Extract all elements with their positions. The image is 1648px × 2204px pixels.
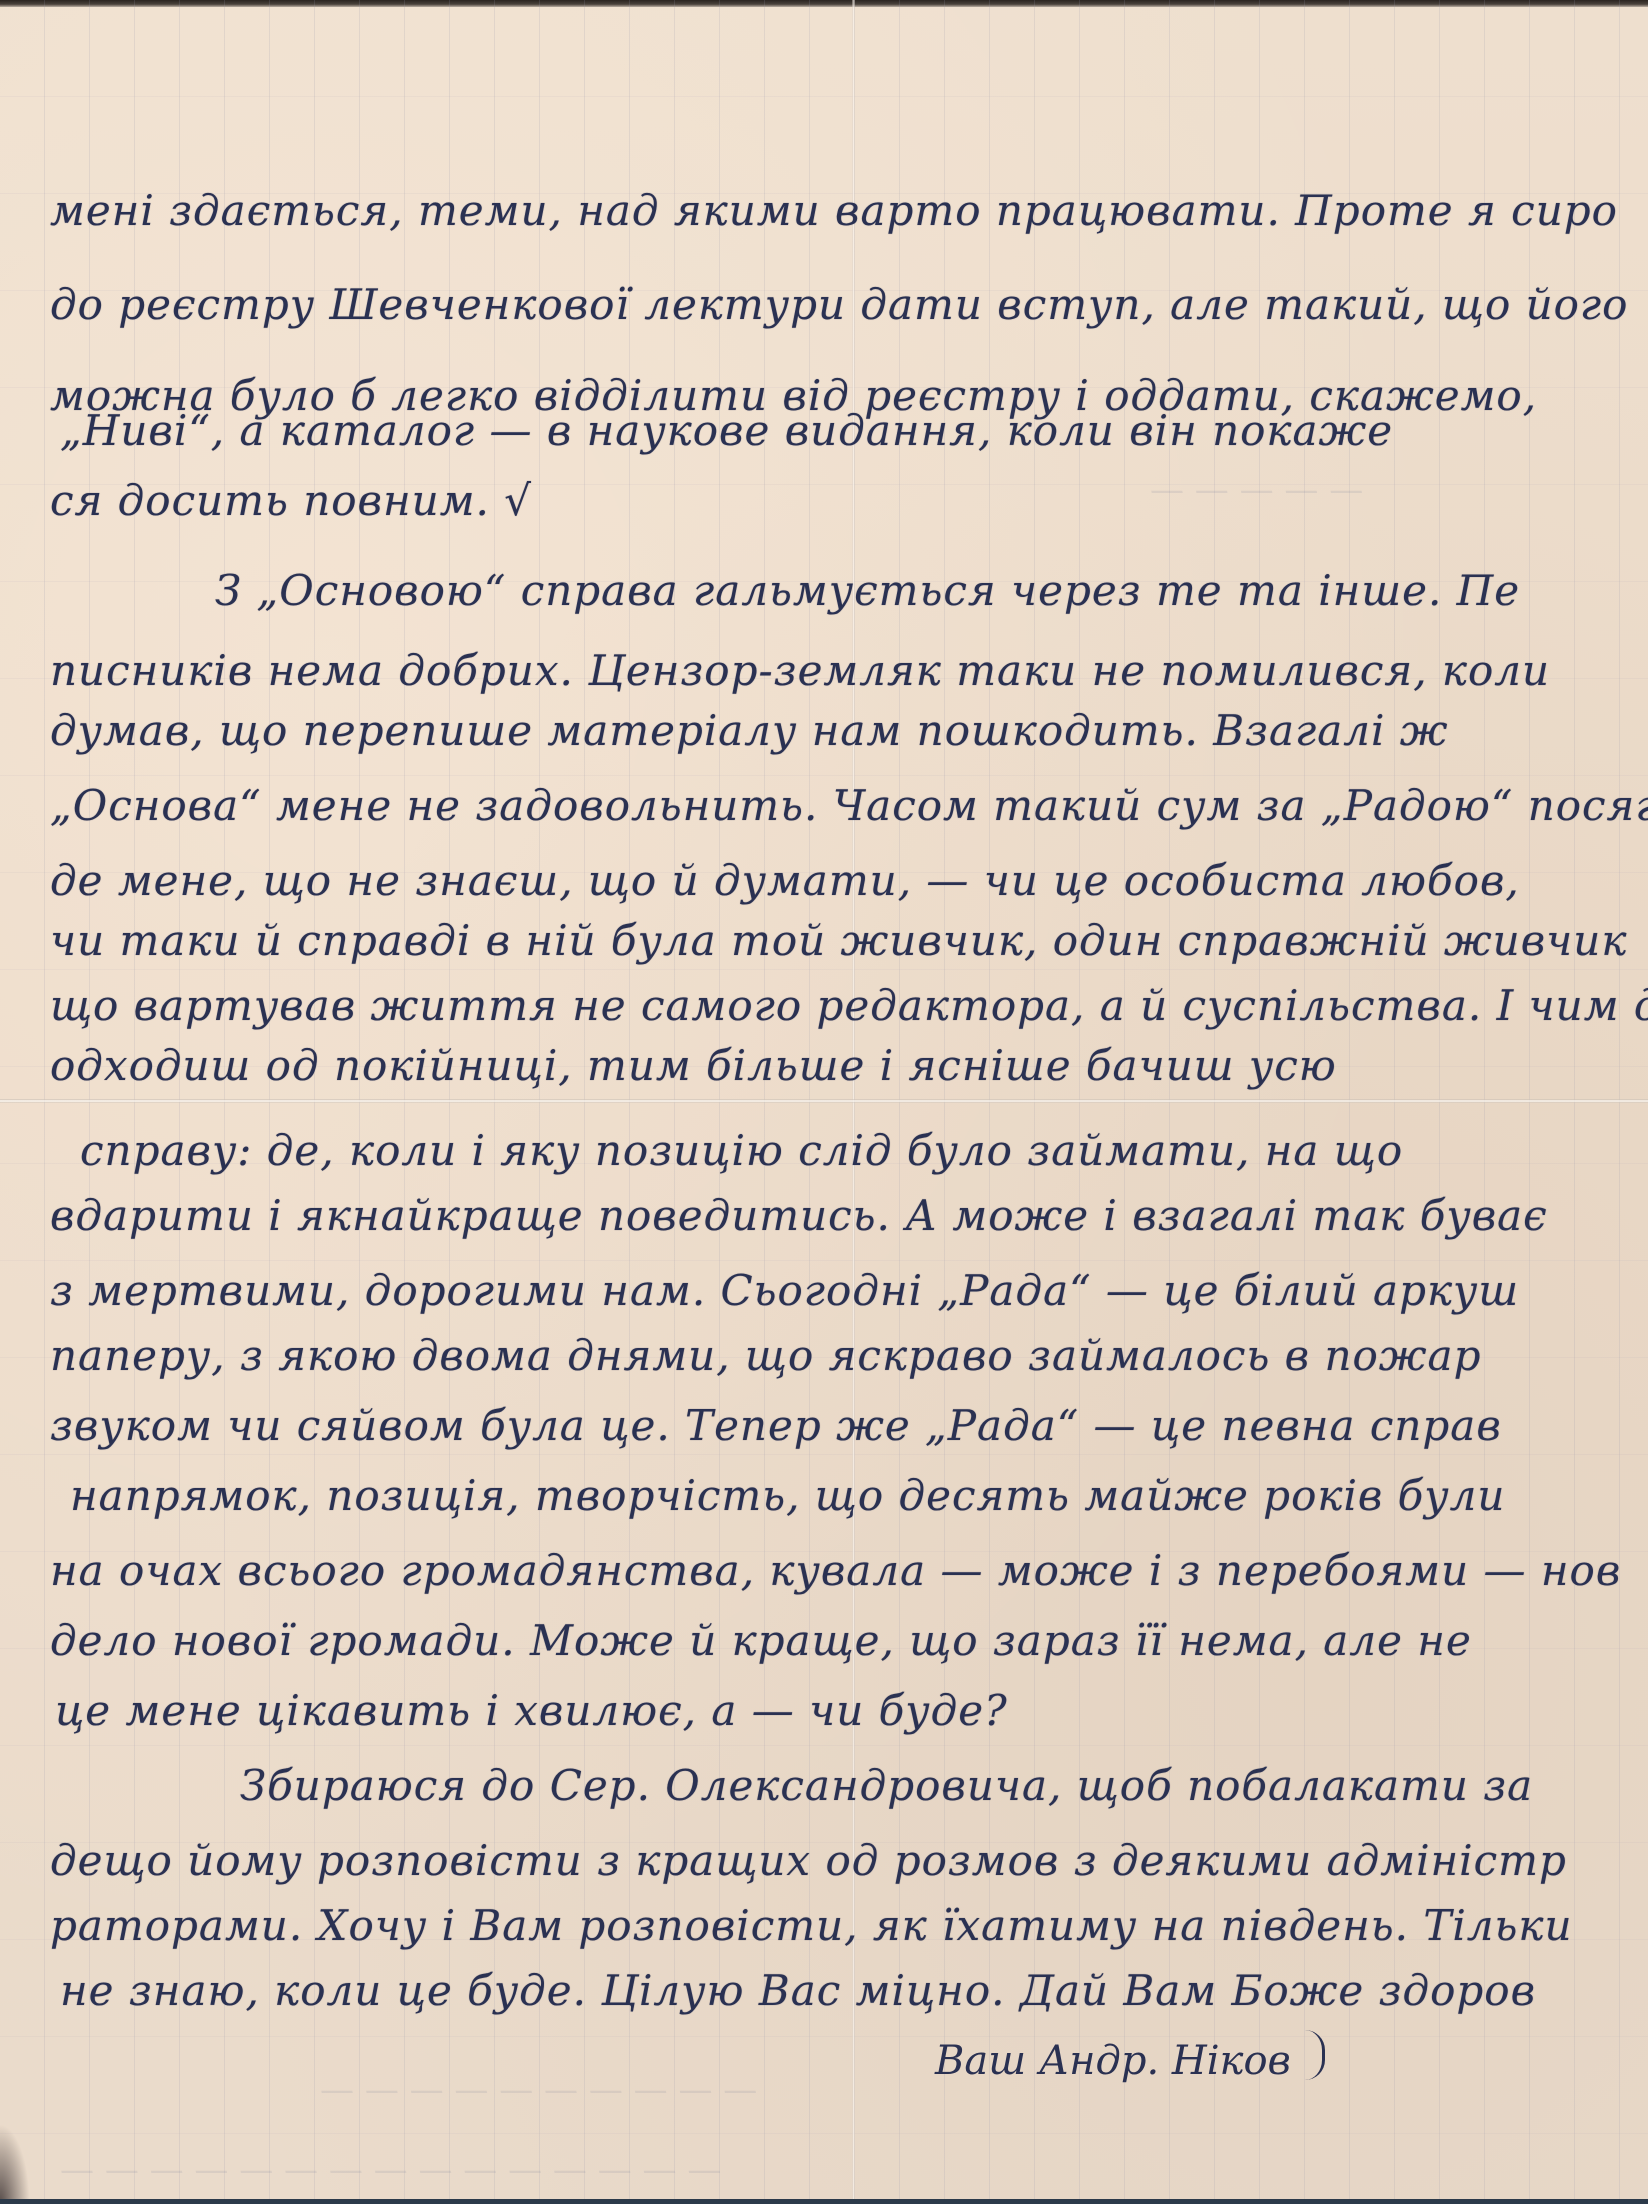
letter-line: дещо йому розповісти з кращих од розмов …: [50, 1840, 1567, 1882]
letter-line: мені здається, теми, над якими варто пра…: [50, 190, 1618, 232]
letter-line: на очах всього громадянства, кувала — мо…: [50, 1550, 1621, 1592]
letter-line: звуком чи сяйвом була це. Тепер же „Рада…: [50, 1405, 1502, 1447]
page-bottom-edge: [0, 2199, 1648, 2204]
page-corner-shadow: [0, 2124, 30, 2204]
letter-line: де мене, що не знаєш, що й думати, — чи …: [50, 860, 1520, 902]
letter-line: що вартував життя не самого редактора, а…: [50, 985, 1648, 1027]
letter-line: писників нема добрих. Цензор-земляк таки…: [50, 650, 1550, 692]
letter-line: з мертвими, дорогими нам. Сьогодні „Рада…: [50, 1270, 1519, 1312]
letter-line: „Основа“ мене не задовольнить. Часом так…: [50, 785, 1648, 827]
letter-page: — — — — — — — — — — — — — — — — — — — — …: [0, 0, 1648, 2204]
letter-line: до реєстру Шевченкової лектури дати всту…: [50, 284, 1628, 326]
letter-line: напрямок, позиція, творчість, що десять …: [70, 1475, 1505, 1517]
letter-line: дело нової громади. Може й краще, що зар…: [50, 1620, 1472, 1662]
letter-line: думав, що перепише матеріалу нам пошкоди…: [50, 710, 1449, 752]
letter-line: паперу, з якою двома днями, що яскраво з…: [50, 1335, 1481, 1377]
letter-body: мені здається, теми, над якими варто пра…: [0, 0, 1648, 2204]
signature-flourish: [1300, 2030, 1325, 2080]
letter-line: раторами. Хочу і Вам розповісти, як їхат…: [50, 1905, 1573, 1947]
signature: Ваш Андр. Ніков: [935, 2038, 1291, 2084]
letter-line: чи таки й справді в ній була той живчик,…: [50, 920, 1627, 962]
letter-line: „Ниві“, а каталог — в наукове видання, к…: [60, 410, 1393, 452]
letter-line-paragraph-start: З „Основою“ справа гальмується через те …: [215, 570, 1520, 612]
letter-line: це мене цікавить і хвилює, а — чи буде?: [55, 1690, 1008, 1732]
letter-line: одходиш од покійниці, тим більше і ясніш…: [50, 1045, 1337, 1087]
letter-line: справу: де, коли і яку позицію слід було…: [80, 1130, 1403, 1172]
letter-line: не знаю, коли це буде. Цілую Вас міцно. …: [60, 1970, 1536, 2012]
letter-line-paragraph-start: Збираюся до Сер. Олександровича, щоб поб…: [240, 1765, 1533, 1807]
letter-line: ся досить повним. √: [50, 480, 532, 522]
letter-line: вдарити і якнайкраще поведитись. А може …: [50, 1195, 1548, 1237]
